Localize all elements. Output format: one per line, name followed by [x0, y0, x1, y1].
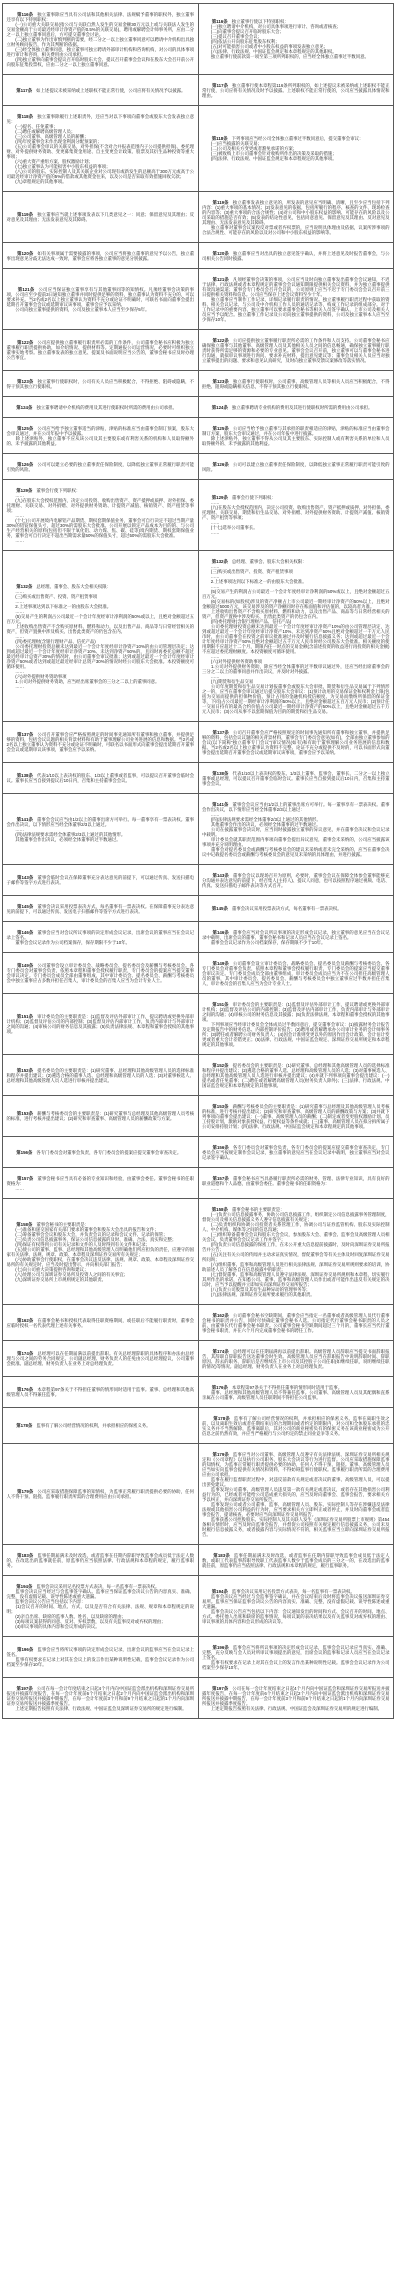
original-article-text: 第179条公司应采取措施保障监事的知情权，为监事正常履行职责提供必要的协助，任何…	[7, 1484, 195, 1504]
revised-article-cell: 第149条公司董事会设立审计委员会、战略委员会、提名委员会及薪酬与考核委员会。各…	[198, 953, 394, 994]
table-row: 第125条公司应当给予独立董事适当的津贴，津贴的标准应当由董事会制订预案，股东大…	[3, 418, 394, 454]
article-number: 第118条	[17, 114, 37, 119]
table-row: 第117条如上述提议未被采纳或上述职权不能正常行使，公司应将有关情况予以披露。 …	[3, 75, 394, 106]
table-row: 第121条公司应当保证独立董事享有与其他董事同等的知情权。凡须经董事会决策的事项…	[3, 269, 394, 330]
original-article-text: 第137条公司召开董事会应严格按照规定的时间事先通知所有董事和独立董事，并提供足…	[7, 727, 195, 757]
table-row: 第197条公司在每一会计年度结束之日起4个月内向中国证监会派出机构和深圳证券交易…	[3, 1678, 394, 1719]
original-article-text: 第157条董事会秘书应当具有必备的专业知识和经验，由董事会委任。董事会秘书的任职…	[7, 1171, 195, 1196]
original-article-text: 第149条公司董事会设立审计委员会、战略委员会、提名委员会及薪酬与考核委员会。各…	[7, 958, 195, 988]
revised-article-cell: 第121条凡须经董事会决策的事项，公司应当及时向独立董事发出董事会会议通知，不迟…	[198, 269, 394, 330]
original-article-cell: 第151条审计委员会的主要职责是：(1)监督及评估外部审计工作，提议聘请或更换外…	[3, 994, 199, 1055]
article-body: 董事会秘书的主要职责是： (一)负责公司信息披露事务，协助公司信息披露工作，组织…	[202, 1207, 390, 1297]
article-body: 董事会决议采用投票表决方式，每名董事有一票表决权。	[232, 906, 342, 911]
original-article-cell: 第143条董事会临时会议在保障董事充分表达意见的前提下，可以通过传真、发送扫描电…	[3, 865, 199, 896]
article-body: 董事会行使下列职权： …… (九)在股东大会授权范围内，决定公司投资、收购出售资…	[202, 495, 390, 535]
article-number: 第156条	[16, 1150, 36, 1155]
amendment-comparison-sheet: 第116条独立董事除应当具有公司法和其他相关法律、法规赋予董事的职权外，独立董事…	[0, 0, 396, 1723]
revised-article-text: 第116条独立董事行使以下特别职权： (一)独立聘请中介机构，对公司具体事项进行…	[202, 14, 390, 64]
table-row: 第176条本章程第97条关于不得担任董事的情形同时适用于监事。董事、总经理和其他…	[3, 1377, 394, 1408]
original-article-text: 第158条董事会秘书的主要职责是： (一)准备和递交国家有关部门要求的董事会和股…	[7, 1217, 195, 1287]
revised-article-text: 第132条总经理、董事会、股东大会相关权限： …… (三)购买或出售资产、投资、…	[202, 554, 390, 719]
original-article-text: 第117条如上述提议未被采纳或上述职权不能正常行使，公司应将有关情况予以披露。	[7, 83, 195, 98]
article-number: 第124条	[16, 405, 36, 410]
original-article-text: 第126条公司可以建立必要的独立董事责任保险制度，以降低独立董事正常履行职责可能…	[7, 457, 195, 477]
revised-article-text: 第125条公司应当给予独立董事与其承担的职责相适应的津贴，津贴的标准应当由董事会…	[202, 421, 390, 451]
original-article-text: 第197条公司在每一会计年度结束之日起4个月内向中国证监会派出机构和深圳证券交易…	[7, 1681, 195, 1716]
table-row: 第123条独立董事行使职权时，公司有关人员应当积极配合，不得拒绝、阻碍或隐瞒，不…	[3, 371, 394, 397]
article-body: 监事会决议采用记名投票方式表决，每一名监事有一票表决权。 监事会决议应当经过与会…	[202, 1589, 390, 1624]
original-article-cell: 第158条董事会秘书的主要职责是： (一)准备和递交国家有关部门要求的董事会和股…	[3, 1199, 199, 1305]
original-article-cell: 第196条监事会应当将所议事项的决定形成会议记录，出席会议的监事应当在会议记录上…	[3, 1637, 199, 1678]
articles-comparison-table: 第116条独立董事除应当具有公司法和其他相关法律、法规赋予董事的职权外，独立董事…	[2, 3, 394, 1719]
table-row: 第157条董事会秘书应当具有必备的专业知识和经验，由董事会委任。董事会秘书的任职…	[3, 1168, 394, 1199]
revised-article-text: 第183条监事任期届满未及时改选，或者监事在任期内辞职导致监事会成员低于法定人数…	[202, 1548, 390, 1573]
revised-article-cell: 第119条独立董事发表独立意见的，所发表的意见应当明确、清晰，且至少应当包括下列…	[198, 192, 394, 243]
original-article-cell: 第120条如有关事项属于需要披露的事项，公司应当将独立董事的意见予以公告，独立董…	[3, 243, 199, 269]
revised-article-cell: 第129条董事会行使下列职权： …… (九)在股东大会授权范围内，决定公司投资、…	[198, 480, 394, 551]
original-article-cell: 第117条如上述提议未被采纳或上述职权不能正常行使，公司应将有关情况予以披露。	[3, 75, 199, 106]
revised-article-cell: 第124条独立董事聘请专业机构的费用及其进行使职权时所需的费用由公司承担。	[198, 397, 394, 418]
table-row: 第129条董事会行使下列职权： …… (九)在股东大会授权范围内，决定公司投资、…	[3, 480, 394, 551]
article-body: 独立董事行使以下特别职权： (一)独立聘请中介机构，对公司具体事项进行审计、咨询…	[202, 19, 369, 59]
article-number: 第126条	[212, 462, 232, 467]
revised-article-cell: 第146条董事会应当对会议所议事项的决定形成会议记录，独立董事的意见应当在会议记…	[198, 922, 394, 953]
article-body: 独立董事除履行上述职责外，还应当对以下事项向董事会或股东大会发表独立意见： (一…	[7, 114, 195, 184]
revised-article-text: 第197条公司在每一会计年度结束之日起4个月内向中国证监会和深圳证券交易所报送并…	[202, 1681, 390, 1716]
article-body: 独立董事聘请中介机构的费用及其进行使职权时所需的费用由公司承担。	[36, 405, 177, 410]
original-article-text: 第132条总经理、董事会、股东大会相关权限： …… (三)购买或出售资产、投资、…	[7, 579, 195, 694]
table-row: 第162条在董事会秘书和授权代表取得任职资格期间，或任职后不能履行职责时，董事会…	[3, 1305, 394, 1341]
revised-article-cell: 第137条公司召开董事会应严格按照规定的时间事先通知所有董事和独立董事，并提供足…	[198, 722, 394, 763]
table-row: 第120条如有关事项属于需要披露的事项，公司应当将独立董事的意见予以公告，独立董…	[3, 243, 394, 269]
original-article-text: 第122条公司应提供独立董事履行职责所必需的工作条件，公司董事会秘书应积极为独立…	[7, 335, 195, 365]
original-article-text: 第143条董事会临时会议在保障董事充分表达意见的前提下，可以通过传真、发送扫描电…	[7, 870, 195, 890]
original-article-cell: 第157条董事会秘书应当具有必备的专业知识和经验，由董事会委任。董事会秘书的任职…	[3, 1168, 199, 1199]
revised-article-cell: 第118条下列事项应当经公司全体独立董事过半数同意后，提交董事会审议： (一)应…	[198, 106, 394, 192]
table-row: 第149条公司董事会设立审计委员会、战略委员会、提名委员会及薪酬与考核委员会。各…	[3, 953, 394, 994]
original-article-text: 第118条独立董事除履行上述职责外，还应当对以下事项向董事会或股东大会发表独立意…	[7, 109, 195, 189]
original-article-cell: 第129条董事会行使下列职权： …… (九)在股东大会授权范围内，决定公司投资、…	[3, 480, 199, 551]
original-article-text: 第153条薪酬与考核委员会的主要职责是：(1)研究董事与总经理及其他高级管理人员…	[7, 1106, 195, 1126]
revised-article-text: 第122条公司应提供独立董事履行职责所必需的工作条件和人员支持。公司董事会秘书应…	[202, 333, 390, 368]
table-row: 第137条公司召开董事会应严格按照规定的时间事先通知所有董事和独立董事，并提供足…	[3, 722, 394, 763]
original-article-cell: 第149条公司董事会设立审计委员会、战略委员会、提名委员会及薪酬与考核委员会。各…	[3, 953, 199, 994]
article-number: 第117条	[16, 88, 36, 93]
article-number: 第196条	[17, 1647, 37, 1652]
original-article-text: 第152条提名委员会的主要职责是：(1)研究董事、总经理和其他高级管理人员的选择…	[7, 1063, 195, 1088]
table-row: 第174条总经理可以在任期届满以前提出辞职。有关总经理辞职的具体程序和办法由总经…	[3, 1341, 394, 1377]
revised-article-cell: 第156条各专门委员会对董事会负责，各专门委员会的提案应提交董事会审查决定，专门…	[198, 1137, 394, 1168]
table-row: 第178条监事有了解公司经营情况的权利，并承担相应的保密义务。 第178条监事有…	[3, 1408, 394, 1444]
original-article-text: 第151条审计委员会的主要职责是：(1)监督及评估外部审计工作，提议聘请或更换外…	[7, 1009, 195, 1039]
article-body: 监事应当对公司董事、高级管理人员遵守有关法律法规、深圳证券交易所相关规定和《公司…	[202, 1452, 390, 1537]
revised-article-cell: 第152条提名委员会的主要职责是：(1)研究董事、总经理和其他高级管理人员的选择…	[198, 1055, 394, 1096]
revised-article-text: 第178条监事有了解公司经营情况的权利，并承担相应的保密义务。监事在离职生效之前…	[202, 1411, 390, 1441]
revised-article-text: 第145条董事会决议采用投票表决方式，每名董事有一票表决权。	[202, 901, 390, 916]
table-row: 第153条薪酬与考核委员会的主要职责是：(1)研究董事与总经理及其他高级管理人员…	[3, 1096, 394, 1137]
original-article-text: 第178条监事有了解公司经营情况的权利，并承担相应的保密义务。	[7, 1418, 195, 1433]
revised-article-cell: 第197条公司在每一会计年度结束之日起4个月内向中国证监会和深圳证券交易所报送并…	[198, 1678, 394, 1719]
revised-article-text: 第174条总经理可以在任期届满再以前提出辞职。高级管理人员辞职应当提交书面辞职报…	[202, 1344, 390, 1374]
original-article-cell: 第156条各专门委员会对董事会负责，各专门委员会的提案应提交董事会审查决定。	[3, 1137, 199, 1168]
table-row: 第196条监事会应当将所议事项的决定形成会议记录，出席会议的监事应当在会议记录上…	[3, 1637, 394, 1678]
revised-article-cell: 第141条董事会会议应当由1/2以上的董事出席方可举行。每一董事享有一票表决权。…	[198, 794, 394, 865]
original-article-text: 第138条代表1/10以上表决权的股东、1/3以上董事或者监事，可以提议召开董事…	[7, 768, 195, 788]
table-row: 第194条监事会决议采用记名投票方式表决，每一名监事有一票表决权。 监事会决议应…	[3, 1576, 394, 1637]
revised-article-cell: 第194条监事会决议采用记名投票方式表决，每一名监事有一票表决权。 监事会决议应…	[198, 1576, 394, 1637]
original-article-text: 第124条独立董事聘请中介机构的费用及其进行使职权时所需的费用由公司承担。	[7, 400, 195, 415]
table-row: 第179条公司应采取措施保障监事的知情权，为监事正常履行职责提供必要的协助，任何…	[3, 1444, 394, 1545]
revised-article-cell: 第157条董事会秘书应当具备履行职责所必需的财务、管理、法律专业知识，具有良好的…	[198, 1168, 394, 1199]
revised-article-cell: 第151条审计委员会的主要职责是：(1)监督及评估外部审计工作，提议聘请或更换外…	[198, 994, 394, 1055]
revised-article-text: 第124条独立董事聘请专业机构的费用及其进行使职权时所需的费用由公司承担。	[202, 400, 390, 415]
article-body: 董事会会议应当由1/2以上的董事出席方可举行。每一董事享有一票表决权。董事会作出…	[202, 802, 390, 857]
table-row: 第119条独立董事应当就上述事项发表以下几类意见之一：同意；保留意见及其理由；反…	[3, 192, 394, 243]
revised-article-text: 第162条公司董事会秘书空缺期间，董事会应当指定一名董事或者高级管理人员代行董事…	[202, 1308, 390, 1338]
original-article-cell: 第124条独立董事聘请中介机构的费用及其进行使职权时所需的费用由公司承担。	[3, 397, 199, 418]
original-article-cell: 第119条独立董事应当就上述事项发表以下几类意见之一：同意；保留意见及其理由；反…	[3, 192, 199, 243]
table-row: 第124条独立董事聘请中介机构的费用及其进行使职权时所需的费用由公司承担。 第1…	[3, 397, 394, 418]
revised-article-text: 第151条审计委员会的主要职责是：(1)监督及评估外部审计工作，提议聘请或更换外…	[202, 997, 390, 1052]
original-article-text: 第141条董事会会议应当由1/2以上的董事出席方可举行。每一董事享有一票表决权。…	[7, 812, 195, 847]
revised-article-text: 第157条董事会秘书应当具备履行职责所必需的财务、管理、法律专业知识，具有良好的…	[202, 1171, 390, 1196]
original-article-cell: 第146条董事会应当对会议所议事项的决定形成会议记录，出席会议的董事应当在会议记…	[3, 922, 199, 953]
original-article-text: 第194条监事会决议采用记名投票方式表决，每一名监事有一票表决权。 监事会决议应…	[7, 1579, 195, 1634]
original-article-cell: 第176条本章程第97条关于不得担任董事的情形同时适用于监事。董事、总经理和其他…	[3, 1377, 199, 1408]
original-article-text: 第183条监事任期届满未及时改选，或者监事在任期内辞职导致监事会成员低于法定人数…	[7, 1548, 195, 1573]
revised-article-cell: 第183条监事任期届满未及时改选，或者监事在任期内辞职导致监事会成员低于法定人数…	[198, 1545, 394, 1576]
revised-article-text: 第196条监事会应当将所议事项的决定形成会议记录，监事会会议记录应当真实、准确、…	[202, 1640, 390, 1675]
revised-article-text: 第121条凡须经董事会决策的事项，公司应当及时向独立董事发出董事会会议通知，不迟…	[202, 272, 390, 327]
table-row: 第152条提名委员会的主要职责是：(1)研究董事、总经理和其他高级管理人员的选择…	[3, 1055, 394, 1096]
original-article-cell: 第183条监事任期届满未及时改选，或者监事在任期内辞职导致监事会成员低于法定人数…	[3, 1545, 199, 1576]
revised-article-cell: 第178条监事有了解公司经营情况的权利，并承担相应的保密义务。监事在离职生效之前…	[198, 1408, 394, 1444]
revised-article-cell: 第158条董事会秘书的主要职责是： (一)负责公司信息披露事务，协助公司信息披露…	[198, 1199, 394, 1305]
revised-article-cell: 第116条独立董事行使以下特别职权： (一)独立聘请中介机构，对公司具体事项进行…	[198, 4, 394, 75]
original-article-cell: 第194条监事会决议采用记名投票方式表决，每一名监事有一票表决权。 监事会决议应…	[3, 1576, 199, 1637]
original-article-cell: 第174条总经理可以在任期届满以前提出辞职。有关总经理辞职的具体程序和办法由总经…	[3, 1341, 199, 1377]
article-body: 各专门委员会对董事会负责，各专门委员会的提案应提交董事会审查决定。	[36, 1150, 181, 1155]
revised-article-cell: 第174条总经理可以在任期届满再以前提出辞职。高级管理人员辞职应当提交书面辞职报…	[198, 1341, 394, 1377]
original-article-text: 第146条董事会应当对会议所议事项的决定形成会议记录，出席会议的董事应当在会议记…	[7, 925, 195, 950]
table-row: 第151条审计委员会的主要职责是：(1)监督及评估外部审计工作，提议聘请或更换外…	[3, 994, 394, 1055]
revised-article-cell: 第179条监事应当对公司董事、高级管理人员遵守有关法律法规、深圳证券交易所相关规…	[198, 1444, 394, 1545]
article-number: 第124条	[212, 405, 232, 410]
original-article-cell: 第125条公司应当给予独立董事适当的津贴，津贴的标准应当由董事会制订预案，股东大…	[3, 418, 199, 454]
revised-article-text: 第141条董事会会议应当由1/2以上的董事出席方可举行。每一董事享有一票表决权。…	[202, 797, 390, 862]
revised-article-cell: 第162条公司董事会秘书空缺期间，董事会应当指定一名董事或者高级管理人员代行董事…	[198, 1305, 394, 1341]
revised-article-text: 第156条各专门委员会对董事会负责，各专门委员会的提案应提交董事会审查决定，专门…	[202, 1140, 390, 1165]
table-row: 第156条各专门委员会对董事会负责，各专门委员会的提案应提交董事会审查决定。 第…	[3, 1137, 394, 1168]
table-row: 第183条监事任期届满未及时改选，或者监事在任期内辞职导致监事会成员低于法定人数…	[3, 1545, 394, 1576]
article-body: 监事有了解公司经营情况的权利，并承担相应的保密义务。	[36, 1423, 150, 1428]
revised-article-text: 第158条董事会秘书的主要职责是： (一)负责公司信息披露事务，协助公司信息披露…	[202, 1202, 390, 1302]
original-article-cell: 第138条代表1/10以上表决权的股东、1/3以上董事或者监事，可以提议召开董事…	[3, 763, 199, 794]
original-article-text: 第145条董事会决议采用投票表决方式，每名董事有一票表决权。在保障董事充分表达意…	[7, 899, 195, 919]
revised-article-text: 第146条董事会应当对会议所议事项的决定形成会议记录，独立董事的意见应当在会议记…	[202, 925, 390, 950]
original-article-cell: 第121条公司应当保证独立董事享有与其他董事同等的知情权。凡须经董事会决策的事项…	[3, 269, 199, 330]
table-row: 第116条独立董事除应当具有公司法和其他相关法律、法规赋予董事的职权外，独立董事…	[3, 4, 394, 75]
revised-article-cell: 第176条本章程第97条关于不得担任董事的情形同时适用于监事。 董事、总经理和其…	[198, 1377, 394, 1408]
article-number: 第178条	[16, 1423, 36, 1428]
table-row: 第138条代表1/10以上表决权的股东、1/3以上董事或者监事，可以提议召开董事…	[3, 763, 394, 794]
revised-article-text: 第137条公司召开董事会应严格按照规定的时间事先通知所有董事和独立董事，并提供足…	[202, 725, 390, 760]
article-body: 监事会决议采用记名投票方式表决，每一名监事有一票表决权。 监事会决议应当经过与会…	[7, 1584, 195, 1629]
original-article-text: 第125条公司应当给予独立董事适当的津贴，津贴的标准应当由董事会制订预案，股东大…	[7, 421, 195, 451]
revised-article-text: 第117条独立董事行使本章程第116条所列职权的，如上述提议未被采纳或上述职权不…	[202, 78, 390, 103]
original-article-cell: 第132条总经理、董事会、股东大会相关权限： …… (三)购买或出售资产、投资、…	[3, 551, 199, 722]
original-article-cell: 第162条在董事会秘书和授权代表取得任职资格期间，或任职后不能履行职责时，董事会…	[3, 1305, 199, 1341]
article-number: 第145条	[212, 906, 232, 911]
revised-article-cell: 第125条公司应当给予独立董事与其承担的职责相适应的津贴，津贴的标准应当由董事会…	[198, 418, 394, 454]
revised-article-cell: 第153条薪酬与考核委员会的主要职责是：(1)研究董事与总经理及其他高级管理人员…	[198, 1096, 394, 1137]
revised-article-text: 第153条薪酬与考核委员会的主要职责是：(1)研究董事与总经理及其他高级管理人员…	[202, 1099, 390, 1134]
article-body: 董事会秘书的主要职责是： (一)准备和递交国家有关部门要求的董事会和股东大会出具…	[7, 1222, 195, 1282]
revised-article-text: 第123条独立董事行使职权时，公司董事、高级管理人员等相关人员应当积极配合，不得…	[202, 374, 390, 394]
revised-article-cell: 第122条公司应提供独立董事履行职责所必需的工作条件和人员支持。公司董事会秘书应…	[198, 330, 394, 371]
table-row: 第122条公司应提供独立董事履行职责所必需的工作条件，公司董事会秘书应积极为独立…	[3, 330, 394, 371]
revised-article-text: 第118条下列事项应当经公司全体独立董事过半数同意后，提交董事会审议： (一)应…	[202, 131, 390, 166]
original-article-cell: 第197条公司在每一会计年度结束之日起4个月内向中国证监会派出机构和深圳证券交易…	[3, 1678, 199, 1719]
original-article-cell: 第122条公司应提供独立董事履行职责所必需的工作条件，公司董事会秘书应积极为独立…	[3, 330, 199, 371]
original-article-cell: 第178条监事有了解公司经营情况的权利，并承担相应的保密义务。	[3, 1408, 199, 1444]
revised-article-cell: 第132条总经理、董事会、股东大会相关权限： …… (三)购买或出售资产、投资、…	[198, 551, 394, 722]
revised-article-cell: 第138条代表1/10以上表决权的股东、1/3以上董事、监事会、董事长、二分之一…	[198, 763, 394, 794]
original-article-text: 第162条在董事会秘书和授权代表取得任职资格期间，或任职后不能履行职责时，董事会…	[7, 1313, 195, 1333]
revised-article-text: 第126条公司可以建立独立董事责任保险制度，以降低独立董事正常履行职责可能引致的…	[202, 457, 390, 477]
revised-article-cell: 第117条独立董事行使本章程第116条所列职权的，如上述提议未被采纳或上述职权不…	[198, 75, 394, 106]
article-body: 如上述提议未被采纳或上述职权不能正常行使，公司应将有关情况予以披露。	[36, 88, 185, 93]
original-article-cell: 第153条薪酬与考核委员会的主要职责是：(1)研究董事与总经理及其他高级管理人员…	[3, 1096, 199, 1137]
revised-article-text: 第120条独立董事应当对出具的独立意见签字确认，并将上述意见及时报告董事会，与公…	[202, 246, 390, 266]
original-article-cell: 第145条董事会决议采用投票表决方式，每名董事有一票表决权。在保障董事充分表达意…	[3, 896, 199, 922]
article-body: 总经理、董事会、股东大会相关权限： …… (三)购买或出售资产、投资、资产租赁事…	[202, 559, 390, 714]
article-body: 凡须经董事会决策的事项，公司应当及时向独立董事发出董事会会议通知，不迟于法律、行…	[202, 277, 390, 322]
table-row: 第118条独立董事除履行上述职责外，还应当对以下事项向董事会或股东大会发表独立意…	[3, 106, 394, 192]
article-body: 董事会行使下列职权： …… (九)在股东大会授权范围内，决定公司投资、收购出售资…	[7, 488, 195, 543]
revised-article-text: 第194条监事会决议采用记名投票方式表决，每一名监事有一票表决权。 监事会决议应…	[202, 1584, 390, 1629]
original-article-cell: 第141条董事会会议应当由1/2以上的董事出席方可举行。每一董事享有一票表决权。…	[3, 794, 199, 865]
revised-article-cell: 第196条监事会应当将所议事项的决定形成会议记录，监事会会议记录应当真实、准确、…	[198, 1637, 394, 1678]
article-body: 独立董事发表独立意见的，所发表的意见应当明确、清晰，且至少应当包括下列内容：(1…	[202, 200, 390, 235]
original-article-text: 第176条本章程第97条关于不得担任董事的情形同时适用于监事。董事、总经理和其他…	[7, 1382, 195, 1402]
original-article-cell: 第118条独立董事除履行上述职责外，还应当对以下事项向董事会或股东大会发表独立意…	[3, 106, 199, 192]
table-row: 第143条董事会临时会议在保障董事充分表达意见的前提下，可以通过传真、发送扫描电…	[3, 865, 394, 896]
table-row: 第145条董事会决议采用投票表决方式，每名董事有一票表决权。在保障董事充分表达意…	[3, 896, 394, 922]
original-article-cell: 第137条公司召开董事会应严格按照规定的时间事先通知所有董事和独立董事，并提供足…	[3, 722, 199, 763]
revised-article-text: 第176条本章程第97条关于不得担任董事的情形同时适用于监事。 董事、总经理和其…	[202, 1380, 390, 1405]
original-article-cell: 第179条公司应采取措施保障监事的知情权，为监事正常履行职责提供必要的协助，任何…	[3, 1444, 199, 1545]
original-article-text: 第123条独立董事行使职权时，公司有关人员应当积极配合，不得拒绝、阻碍或隐瞒，不…	[7, 374, 195, 394]
original-article-text: 第120条如有关事项属于需要披露的事项，公司应当将独立董事的意见予以公告，独立董…	[7, 246, 195, 266]
original-article-text: 第121条公司应当保证独立董事享有与其他董事同等的知情权。凡须经董事会决策的事项…	[7, 282, 195, 317]
revised-article-cell: 第120条独立董事应当对出具的独立意见签字确认，并将上述意见及时报告董事会，与公…	[198, 243, 394, 269]
revised-article-text: 第143条董事会会议以现场召开为原则，必要时，董事会会议在保障全体参会董事能够充…	[202, 868, 390, 893]
revised-article-text: 第129条董事会行使下列职权： …… (九)在股东大会授权范围内，决定公司投资、…	[202, 490, 390, 540]
revised-article-cell: 第145条董事会决议采用投票表决方式，每名董事有一票表决权。	[198, 896, 394, 922]
original-article-text: 第156条各专门委员会对董事会负责，各专门委员会的提案应提交董事会审查决定。	[7, 1145, 195, 1160]
table-row: 第126条公司可以建立必要的独立董事责任保险制度，以降低独立董事正常履行职责可能…	[3, 454, 394, 480]
original-article-cell: 第123条独立董事行使职权时，公司有关人员应当积极配合，不得拒绝、阻碍或隐瞒，不…	[3, 371, 199, 397]
article-body: 审计委员会的主要职责是：(1)监督及评估外部审计工作，提议聘请或更换外部审计机构…	[202, 1002, 390, 1047]
revised-article-cell: 第143条董事会会议以现场召开为原则，必要时，董事会会议在保障全体参会董事能够充…	[198, 865, 394, 896]
original-article-cell: 第126条公司可以建立必要的独立董事责任保险制度，以降低独立董事正常履行职责可能…	[3, 454, 199, 480]
original-article-text: 第119条独立董事应当就上述事项发表以下几类意见之一：同意；保留意见及其理由；反…	[7, 207, 195, 227]
table-row: 第132条总经理、董事会、股东大会相关权限： …… (三)购买或出售资产、投资、…	[3, 551, 394, 722]
original-article-text: 第196条监事会应当将所议事项的决定形成会议记录，出席会议的监事应当在会议记录上…	[7, 1642, 195, 1672]
original-article-text: 第129条董事会行使下列职权： …… (九)在股东大会授权范围内，决定公司投资、…	[7, 483, 195, 548]
original-article-cell: 第116条独立董事除应当具有公司法和其他相关法律、法规赋予董事的职权外，独立董事…	[3, 4, 199, 75]
original-article-text: 第174条总经理可以在任期届满以前提出辞职。有关总经理辞职的具体程序和办法由总经…	[7, 1346, 195, 1371]
revised-article-text: 第138条代表1/10以上表决权的股东、1/3以上董事、监事会、董事长、二分之一…	[202, 766, 390, 791]
article-body: 独立董事聘请专业机构的费用及其进行使职权时所需的费用由公司承担。	[232, 405, 373, 410]
revised-article-text: 第152条提名委员会的主要职责是：(1)研究董事、总经理和其他高级管理人员的选择…	[202, 1058, 390, 1093]
article-body: 独立董事除应当具有公司法和其他相关法律、法规赋予董事的职权外，独立董事还享有以下…	[7, 12, 195, 67]
revised-article-text: 第149条公司董事会设立审计委员会、战略委员会、提名委员会及薪酬与考核委员会。各…	[202, 956, 390, 991]
revised-article-text: 第119条独立董事发表独立意见的，所发表的意见应当明确、清晰，且至少应当包括下列…	[202, 195, 390, 240]
article-body: 总经理、董事会、股东大会相关权限： …… (三)购买或出售资产、投资、资产租赁事…	[7, 584, 195, 689]
revised-article-text: 第179条监事应当对公司董事、高级管理人员遵守有关法律法规、深圳证券交易所相关规…	[202, 1447, 390, 1542]
table-row: 第146条董事会应当对会议所议事项的决定形成会议记录，出席会议的董事应当在会议记…	[3, 922, 394, 953]
table-row: 第158条董事会秘书的主要职责是： (一)准备和递交国家有关部门要求的董事会和股…	[3, 1199, 394, 1305]
revised-article-cell: 第123条独立董事行使职权时，公司董事、高级管理人员等相关人员应当积极配合，不得…	[198, 371, 394, 397]
revised-article-cell: 第126条公司可以建立独立董事责任保险制度，以降低独立董事正常履行职责可能引致的…	[198, 454, 394, 480]
original-article-text: 第116条独立董事除应当具有公司法和其他相关法律、法规赋予董事的职权外，独立董事…	[7, 7, 195, 72]
table-row: 第141条董事会会议应当由1/2以上的董事出席方可举行。每一董事享有一票表决权。…	[3, 794, 394, 865]
original-article-cell: 第152条提名委员会的主要职责是：(1)研究董事、总经理和其他高级管理人员的选择…	[3, 1055, 199, 1096]
